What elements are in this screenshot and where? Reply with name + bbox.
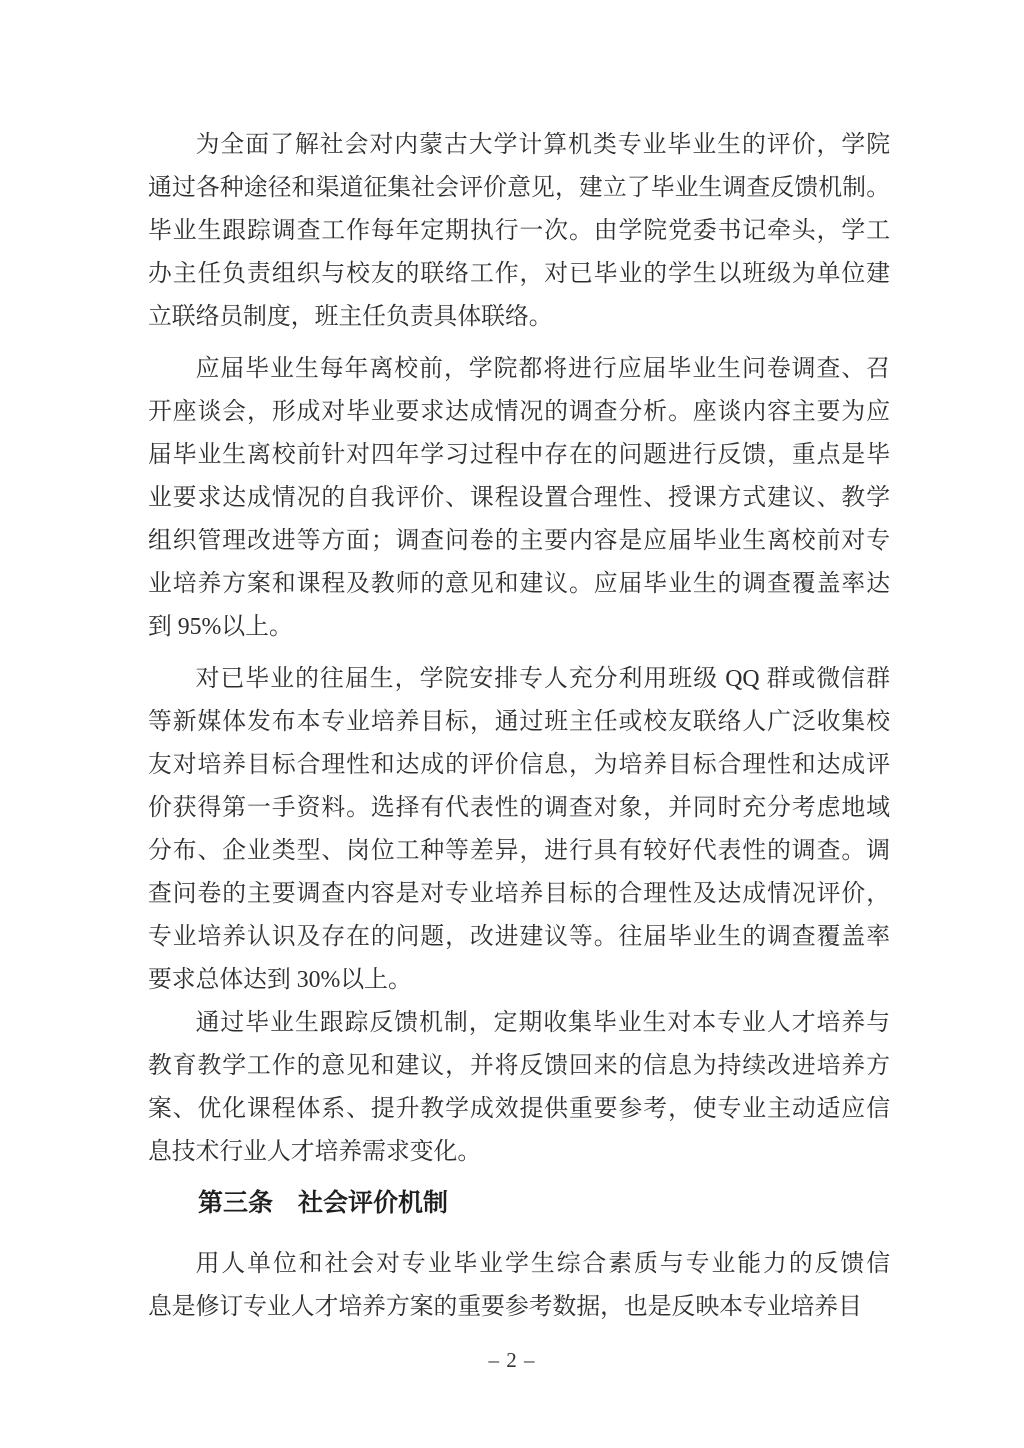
text-line: 应届毕业生每年离校前，学院都将进行应届毕业生问卷调查、召 [148, 348, 890, 391]
document-content: 为全面了解社会对内蒙古大学计算机类专业毕业生的评价，学院通过各种途径和渠道征集社… [0, 0, 1024, 1329]
text-line: 价获得第一手资料。选择有代表性的调查对象，并同时充分考虑地域 [148, 787, 890, 830]
page-number: – 2 – [489, 1348, 536, 1372]
text-line: 办主任负责组织与校友的联络工作，对已毕业的学生以班级为单位建 [148, 253, 890, 296]
paragraph-feedback-mechanism: 为全面了解社会对内蒙古大学计算机类专业毕业生的评价，学院通过各种途径和渠道征集社… [148, 124, 890, 339]
text-line: 毕业生跟踪调查工作每年定期执行一次。由学院党委书记牵头，学工 [148, 210, 890, 253]
text-line: 通过各种途径和渠道征集社会评价意见，建立了毕业生调查反馈机制。 [148, 167, 890, 210]
text-line: 业培养方案和课程及教师的意见和建议。应届毕业生的调查覆盖率达 [148, 563, 890, 606]
text-line: 专业培养认识及存在的问题，改进建议等。往届毕业生的调查覆盖率 [148, 916, 890, 959]
text-line: 为全面了解社会对内蒙古大学计算机类专业毕业生的评价，学院 [148, 124, 890, 167]
text-line: 对已毕业的往届生，学院安排专人充分利用班级 QQ 群或微信群 [148, 658, 890, 701]
text-line: 到 95%以上。 [148, 606, 890, 649]
page-footer: – 2 – [0, 1345, 1024, 1375]
document-page: 为全面了解社会对内蒙古大学计算机类专业毕业生的评价，学院通过各种途径和渠道征集社… [0, 0, 1024, 1448]
text-line: 要求总体达到 30%以上。 [148, 959, 890, 1002]
text-line: 友对培养目标合理性和达成的评价信息，为培养目标合理性和达成评 [148, 744, 890, 787]
text-line: 案、优化课程体系、提升教学成效提供重要参考，使专业主动适应信 [148, 1088, 890, 1131]
text-line: 届毕业生离校前针对四年学习过程中存在的问题进行反馈，重点是毕 [148, 434, 890, 477]
text-line: 立联络员制度，班主任负责具体联络。 [148, 296, 890, 339]
text-line: 用人单位和社会对专业毕业学生综合素质与专业能力的反馈信 [148, 1243, 890, 1286]
text-line: 息技术行业人才培养需求变化。 [148, 1131, 890, 1174]
text-line: 业要求达成情况的自我评价、课程设置合理性、授课方式建议、教学 [148, 477, 890, 520]
text-line: 教育教学工作的意见和建议，并将反馈回来的信息为持续改进培养方 [148, 1045, 890, 1088]
paragraph-social-evaluation: 用人单位和社会对专业毕业学生综合素质与专业能力的反馈信息是修订专业人才培养方案的… [148, 1243, 890, 1329]
text-line: 分布、企业类型、岗位工种等差异，进行具有较好代表性的调查。调 [148, 830, 890, 873]
text-line: 组织管理改进等方面；调查问卷的主要内容是应届毕业生离校前对专 [148, 520, 890, 563]
paragraph-alumni-survey: 对已毕业的往届生，学院安排专人充分利用班级 QQ 群或微信群等新媒体发布本专业培… [148, 658, 890, 1002]
section-heading: 第三条 社会评价机制 [148, 1182, 890, 1225]
text-line: 等新媒体发布本专业培养目标，通过班主任或校友联络人广泛收集校 [148, 701, 890, 744]
text-line: 开座谈会，形成对毕业要求达成情况的调查分析。座谈内容主要为应 [148, 391, 890, 434]
paragraph-current-graduate-survey: 应届毕业生每年离校前，学院都将进行应届毕业生问卷调查、召开座谈会，形成对毕业要求… [148, 348, 890, 649]
text-line: 息是修订专业人才培养方案的重要参考数据，也是反映本专业培养目 [148, 1286, 890, 1329]
text-line: 查问卷的主要调查内容是对专业培养目标的合理性及达成情况评价， [148, 873, 890, 916]
paragraph-feedback-usage: 通过毕业生跟踪反馈机制，定期收集毕业生对本专业人才培养与教育教学工作的意见和建议… [148, 1002, 890, 1174]
text-line: 通过毕业生跟踪反馈机制，定期收集毕业生对本专业人才培养与 [148, 1002, 890, 1045]
